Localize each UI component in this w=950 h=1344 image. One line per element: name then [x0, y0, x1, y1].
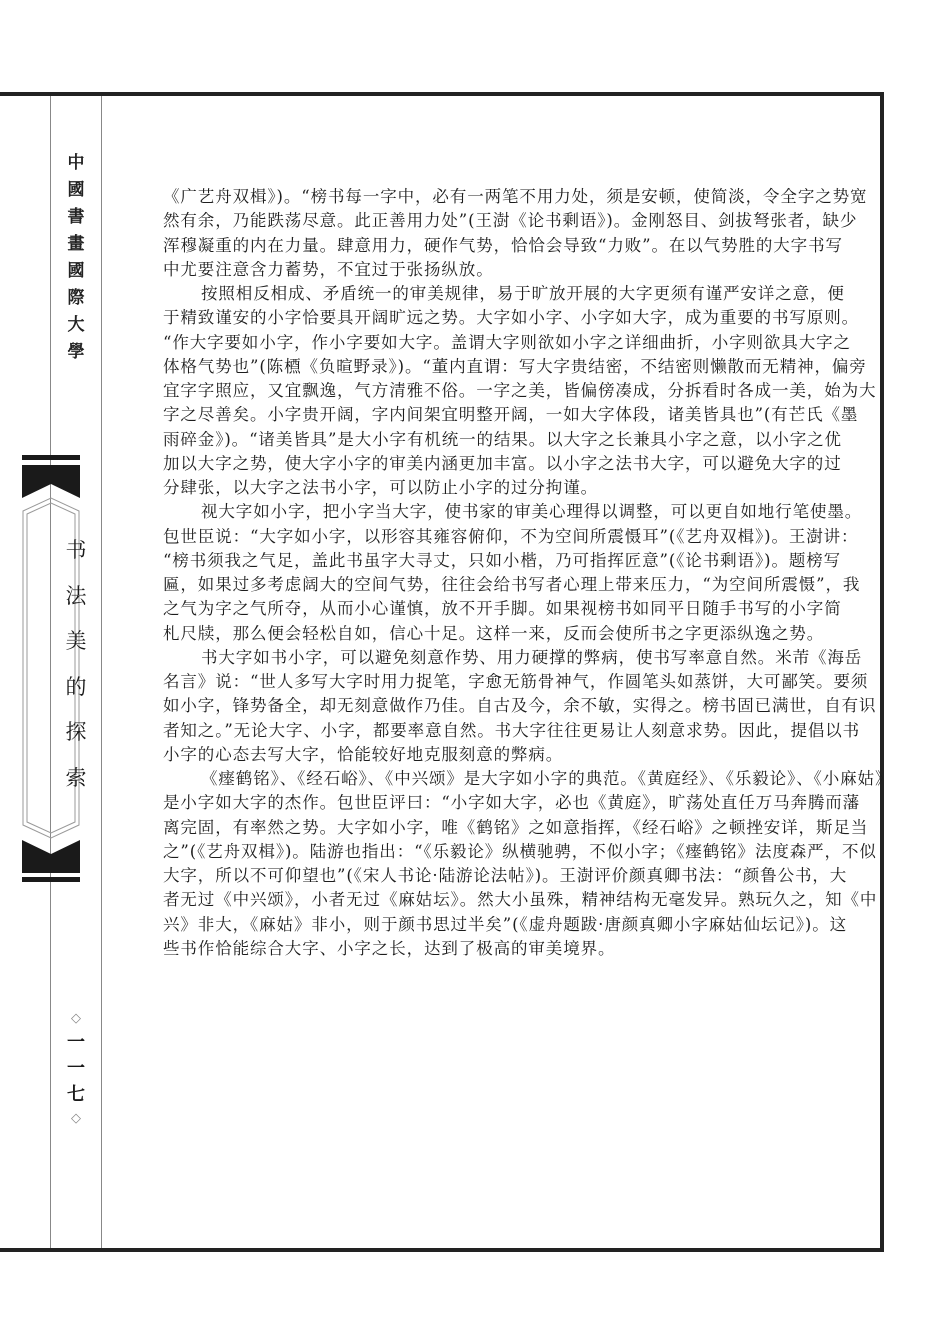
body-text: 《广艺舟双楫》)。“榜书每一字中，必有一两笔不用力处，须是安顿，使简淡，令全字之… — [163, 185, 831, 961]
text-line: 之”(《艺舟双楫》)。陆游也指出：“《乐毅论》纵横驰骋，不似小字；《瘗鹤铭》法度… — [163, 840, 831, 864]
frame-bottom-border — [0, 1248, 884, 1252]
frame-top-border — [0, 92, 884, 96]
emblem-bottom-bar — [22, 877, 80, 882]
book-title-char: 探 — [66, 710, 87, 756]
text-line: 是小字如大字的杰作。包世臣评曰：“小字如大字，必也《黄庭》，旷荡处直任万马奔腾而… — [163, 791, 831, 815]
text-line: “作大字要如小字，作小字要如大字。盖谓大字则欲如小字之详细曲折，小字则欲具大字之 — [163, 331, 831, 355]
text-line: 字之尽善矣。小字贵开阔，字内间架宜明整开阔，一如大字体段，诸美皆具也”(有芒氏《… — [163, 403, 831, 427]
text-line: 《广艺舟双楫》)。“榜书每一字中，必有一两笔不用力处，须是安顿，使简淡，令全字之… — [163, 185, 831, 209]
emblem-top-bar — [22, 455, 80, 460]
emblem-bottom-chevron-icon — [22, 839, 80, 873]
text-line: 视大字如小字，把小字当大字，使书家的审美心理得以调整，可以更自如地行笔使墨。 — [163, 500, 831, 524]
page-number-digit: 一 — [67, 1030, 85, 1056]
text-line: 按照相反相成、矛盾统一的审美规律，易于旷放开展的大字更须有谨严安详之意，便 — [163, 282, 831, 306]
text-line: 然有余，乃能跌荡尽意。此正善用力处”(王澍《论书剩语》)。金刚怒目、剑拔弩张者，… — [163, 209, 831, 233]
text-line: 者知之。”无论大字、小字，都要率意自然。书大字往往更易让人刻意求势。因此，提倡以… — [163, 719, 831, 743]
book-title-char: 书 — [66, 528, 87, 574]
text-line: 中尤要注意含力蓄势，不宜过于张扬纵放。 — [163, 258, 831, 282]
emblem-top-chevron-icon — [22, 465, 80, 499]
page-number-digit: 一 — [67, 1056, 85, 1082]
series-title-vertical: 中 國 書 畫 國 際 大 學 — [51, 150, 101, 366]
text-line: 浑穆凝重的内在力量。肆意用力，硬作气势，恰恰会导致“力败”。在以气势胜的大字书写 — [163, 234, 831, 258]
series-title-char: 中 — [68, 150, 85, 177]
text-line: 宜字字照应，又宜飘逸，气方清雅不俗。一字之美，皆偏傍凑成，分拆看时各成一美，始为… — [163, 379, 831, 403]
text-line: 加以大字之势，使大字小字的审美内涵更加丰富。以小字之法书大字，可以避免大字的过 — [163, 452, 831, 476]
text-line: 些书作恰能综合大字、小字之长，达到了极高的审美境界。 — [163, 937, 831, 961]
text-line: 札尺牍，那么便会轻松自如，信心十足。这样一来，反而会使所书之字更添纵逸之势。 — [163, 622, 831, 646]
series-title-char: 畫 — [68, 231, 85, 258]
diamond-ornament-icon: ◇ — [71, 1008, 81, 1030]
series-title-char: 國 — [68, 258, 85, 285]
text-line: 《瘗鹤铭》、《经石峪》、《中兴颂》是大字如小字的典范。《黄庭经》、《乐毅论》、《… — [163, 767, 831, 791]
book-title-char: 的 — [66, 665, 87, 711]
text-line: 于精致谨安的小字恰要具开阔旷远之势。大字如小字、小字如大字，成为重要的书写原则。 — [163, 306, 831, 330]
series-title-char: 國 — [68, 177, 85, 204]
text-line: 小字的心态去写大字，恰能较好地克服刻意的弊病。 — [163, 743, 831, 767]
series-title-char: 學 — [68, 339, 85, 366]
frame-right-border — [880, 92, 884, 1252]
series-title-char: 際 — [68, 285, 85, 312]
text-line: 大字，所以不可仰望也”(《宋人书论·陆游论法帖》)。王澍评价颜真卿书法：“颜鲁公… — [163, 864, 831, 888]
book-title-char: 索 — [66, 756, 87, 802]
text-line: 如小字，锋势备全，却无刻意做作乃佳。自古及今，余不敏，实得之。榜书固已满世，自有… — [163, 694, 831, 718]
text-line: 离完固，有率然之势。大字如小字，唯《鹤铭》之如意指挥，《经石峪》之顿挫安详，斯足… — [163, 816, 831, 840]
text-line: 书大字如书小字，可以避免刻意作势、用力硬撑的弊病，使书写率意自然。米芾《海岳 — [163, 646, 831, 670]
text-line: 雨碎金》)。“诸美皆具”是大小字有机统一的结果。以大字之长兼具小字之意，以小字之… — [163, 428, 831, 452]
text-line: 之气为字之气所夺，从而小心谨慎，放不开手脚。如果视榜书如同平日随手书写的小字简 — [163, 597, 831, 621]
book-title-char: 法 — [66, 574, 87, 620]
text-line: “榜书须我之气足，盖此书虽字大寻丈，只如小楷，乃可指挥匠意”(《论书剩语》)。题… — [163, 549, 831, 573]
book-title-vertical: 书 法 美 的 探 索 — [51, 528, 101, 801]
text-line: 匾，如果过多考虑阔大的空间气势，往往会给书写者心理上带来压力，“为空间所震慑”，… — [163, 573, 831, 597]
margin-rule-inner — [101, 96, 102, 1248]
text-line: 名言》说：“世人多写大字时用力捉笔，字愈无筋骨神气，作圆笔头如蒸饼，大可鄙笑。要… — [163, 670, 831, 694]
text-line: 兴》非大，《麻姑》非小，则于颜书思过半矣”(《虚舟题跋·唐颜真卿小字麻姑仙坛记》… — [163, 913, 831, 937]
series-title-char: 書 — [68, 204, 85, 231]
page-number-digit: 七 — [67, 1082, 85, 1108]
text-line: 体格气势也”(陈槱《负暄野录》)。“董内直谓：写大字贵结密，不结密则懒散而无精神… — [163, 355, 831, 379]
series-title-char: 大 — [68, 312, 85, 339]
diamond-ornament-icon: ◇ — [71, 1108, 81, 1130]
book-title-char: 美 — [66, 619, 87, 665]
text-line: 分肆张，以大字之法书小字，可以防止小字的过分拘谨。 — [163, 476, 831, 500]
text-line: 者无过《中兴颂》，小者无过《麻姑坛》。然大小虽殊，精神结构无毫发异。熟玩久之，知… — [163, 888, 831, 912]
text-line: 包世臣说：“大字如小字，以形容其雍容俯仰，不为空间所震慑耳”(《艺舟双楫》)。王… — [163, 525, 831, 549]
page-number: ◇ 一 一 七 ◇ — [51, 1008, 101, 1130]
